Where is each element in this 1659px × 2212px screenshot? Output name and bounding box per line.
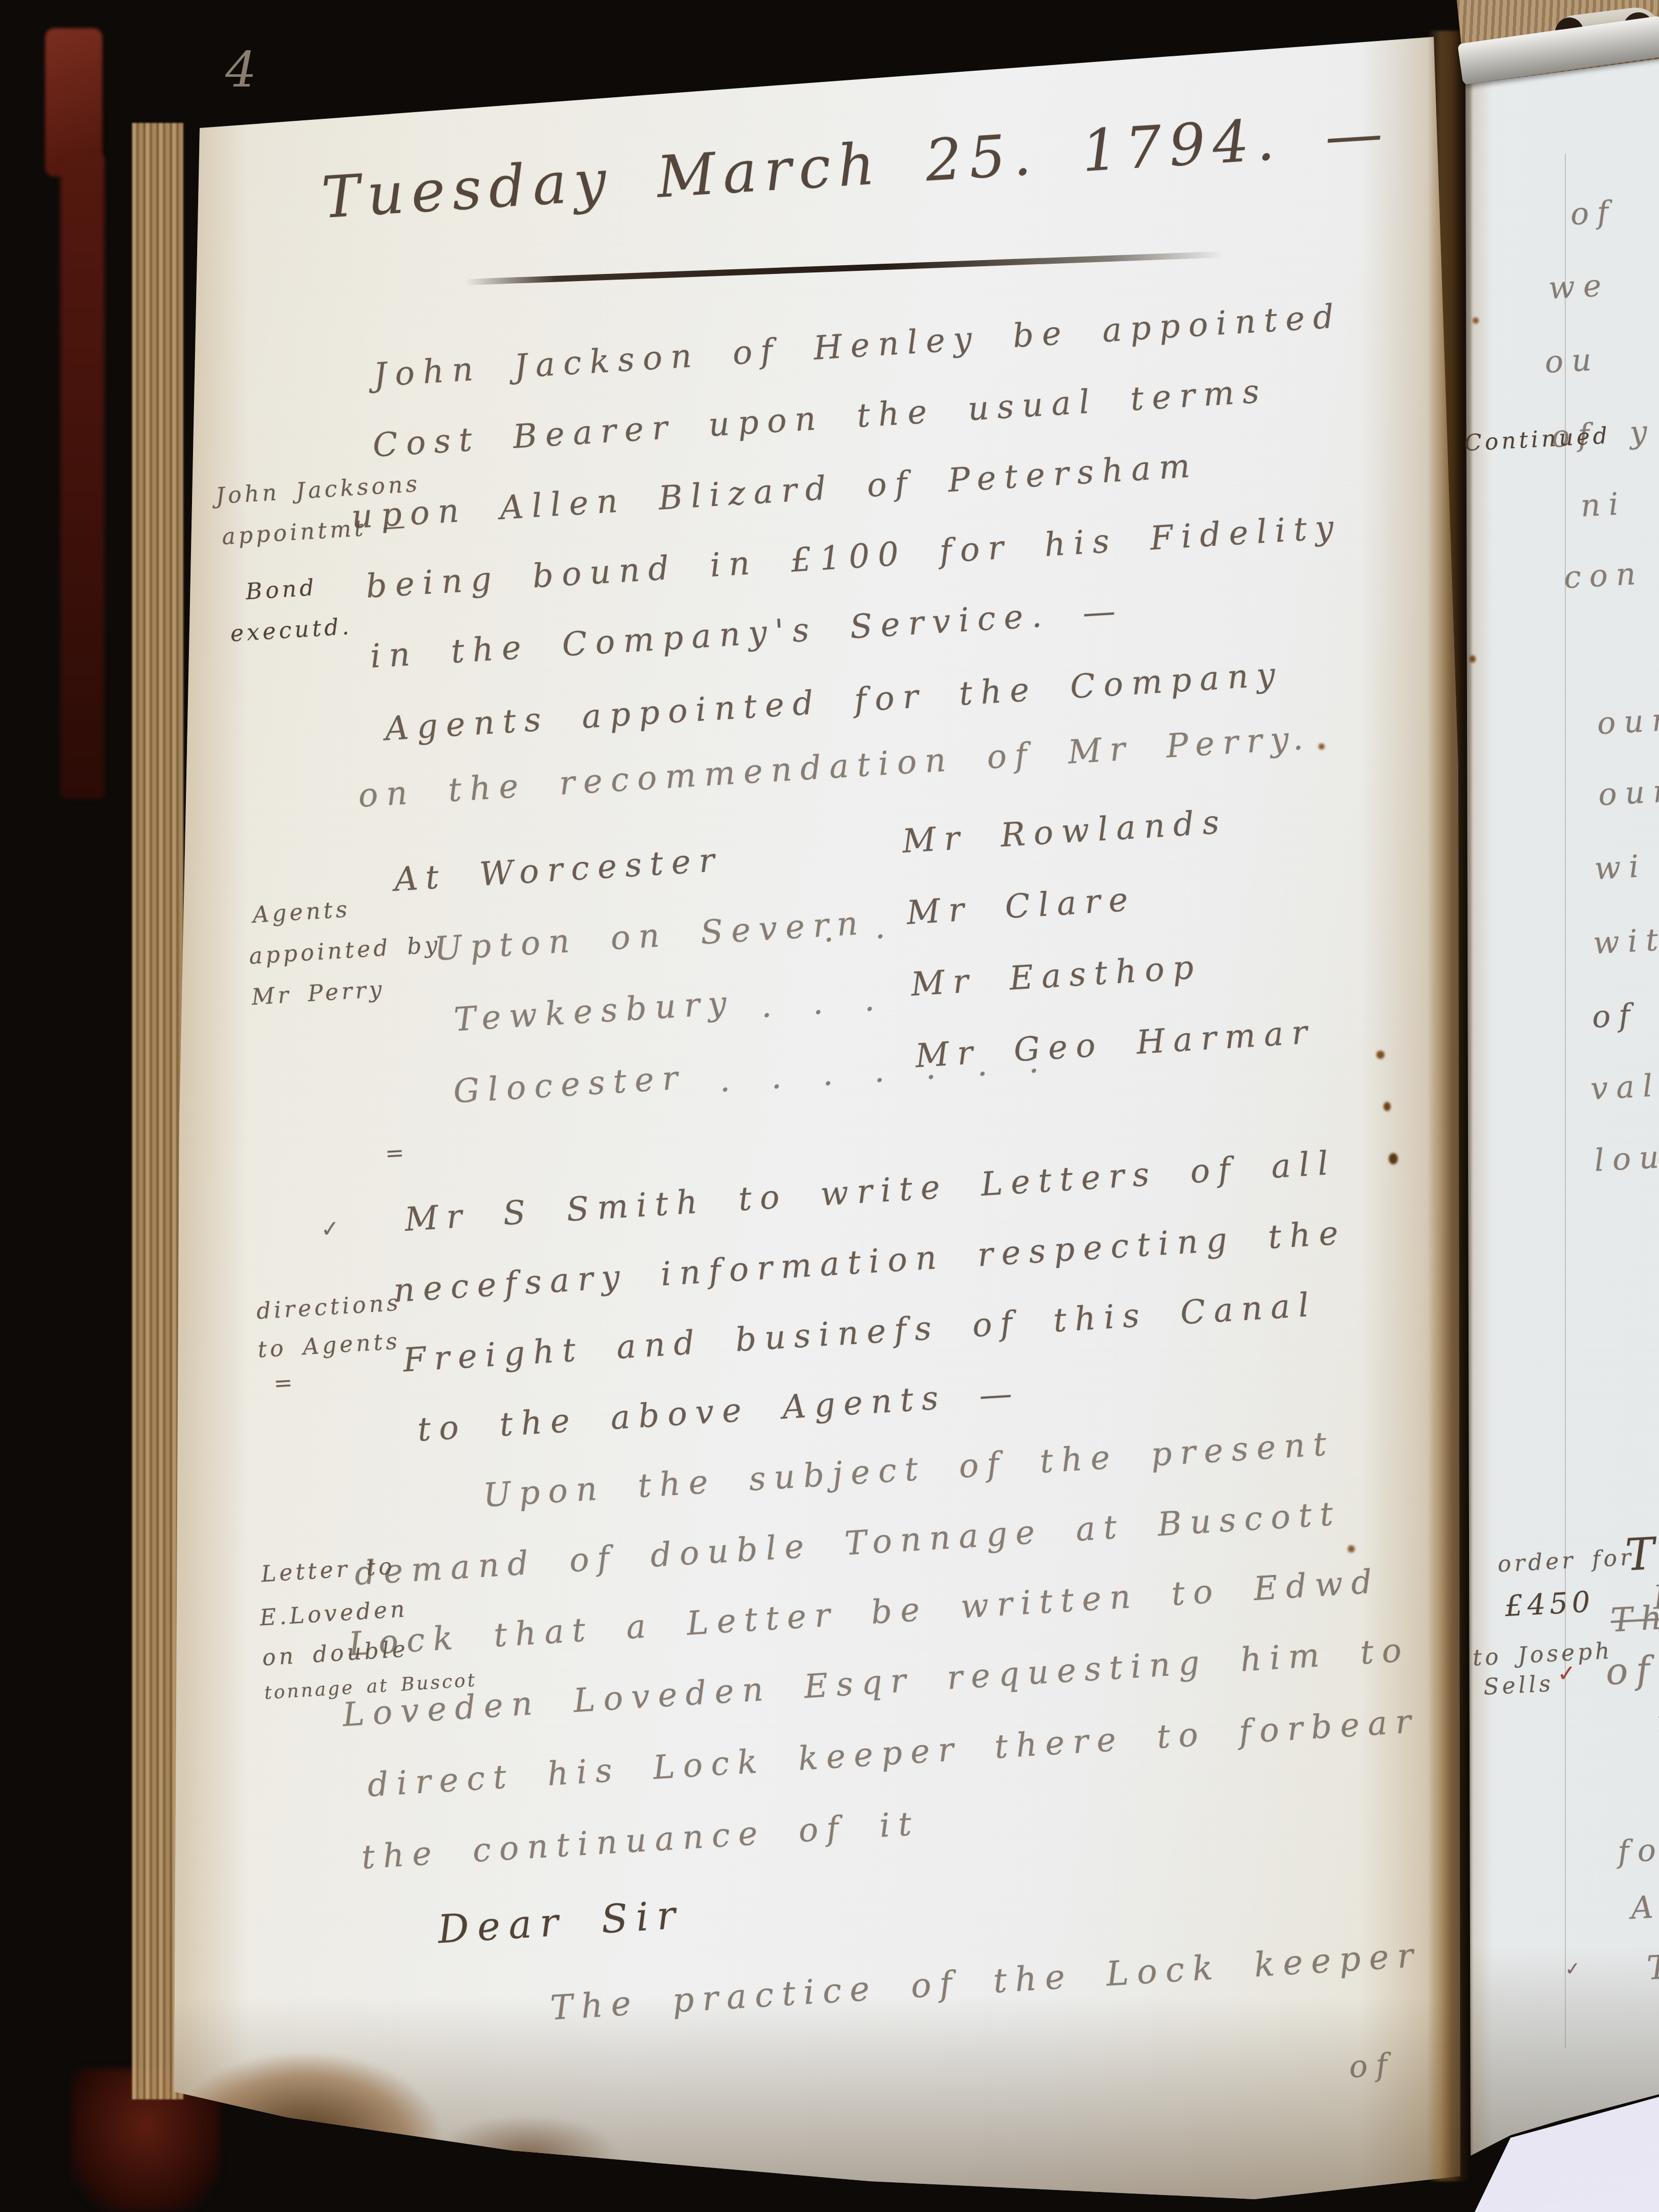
struck-text: Three [1610, 1594, 1659, 1640]
entry-date-heading: Tuesday March 25. 1794. — [320, 100, 1391, 231]
salutation-line: Dear Sir [436, 1891, 685, 1952]
manuscript-line: the continuance of it [360, 1805, 921, 1877]
agent-place: Glocester [452, 1059, 687, 1111]
right-page-fragment: our [1596, 702, 1659, 742]
red-check-mark: ✓ [1557, 1660, 1580, 1687]
right-page-fragment: ou [1544, 342, 1600, 380]
right-page-fragment: lou [1593, 1139, 1659, 1179]
paragraph-mark: = [385, 1139, 408, 1167]
right-page-fragment: our [1598, 773, 1659, 813]
margin-note: Bond [245, 575, 317, 605]
manuscript-line: The practice of the Lock keeper [549, 1935, 1423, 2028]
manuscript-photo: 4 Tuesday March 25. 1794. — John Jackson… [0, 0, 1659, 2212]
right-page-fragment: Tha [1646, 1945, 1659, 1988]
margin-note: executd. [229, 613, 352, 647]
page-number: 4 [225, 41, 257, 98]
book-spine-side [60, 154, 104, 799]
paragraph-mark: = [273, 1370, 296, 1397]
right-page-fragment: wi [1593, 848, 1648, 887]
leader-dots: . . [822, 908, 894, 950]
right-page-fragment: of r [1591, 994, 1659, 1035]
agent-place: At Worcester [393, 841, 724, 899]
right-page-fragment: of J [1605, 1645, 1659, 1693]
check-mark: ✓ [1564, 1958, 1583, 1980]
right-page-fragment: con [1563, 556, 1645, 595]
margin-note: directions [256, 1290, 402, 1325]
manuscript-line: in the Company's Service. — [369, 592, 1125, 676]
right-page-fragment: val [1590, 1068, 1659, 1107]
margin-note: to Agents [257, 1328, 401, 1363]
right-page-fragment: Amo [1630, 1886, 1659, 1927]
right-page-fragment: we [1548, 267, 1610, 306]
manuscript-line: to the above Agents — [416, 1374, 1021, 1449]
agent-name: Mr Rowlands [901, 803, 1228, 861]
agent-place: Tewkesbury [453, 984, 736, 1039]
margin-note: on double [262, 1636, 410, 1671]
right-page-fragment: ni [1580, 486, 1627, 524]
manuscript-line: Upon the subject of the present [482, 1425, 1335, 1515]
leader-dots: . . . [760, 980, 884, 1025]
title-underline [465, 251, 1223, 285]
manuscript-line: upon Allen Blizard of Petersham [350, 447, 1199, 537]
margin-note-amount: £450 [1504, 1585, 1595, 1623]
check-mark: ✓ [320, 1215, 344, 1243]
margin-note: appointmt — [221, 513, 409, 550]
right-page-fragment: of [1569, 194, 1618, 232]
margin-note: Sells [1483, 1671, 1554, 1700]
left-page-text: Tuesday March 25. 1794. — John Jackson o… [169, 53, 1604, 2208]
right-page-fragment: for a [1617, 1827, 1659, 1870]
right-page-fragment: in o [1656, 1698, 1659, 1740]
catchword: of [1348, 2047, 1396, 2085]
right-page-fragment: wit [1592, 922, 1659, 961]
